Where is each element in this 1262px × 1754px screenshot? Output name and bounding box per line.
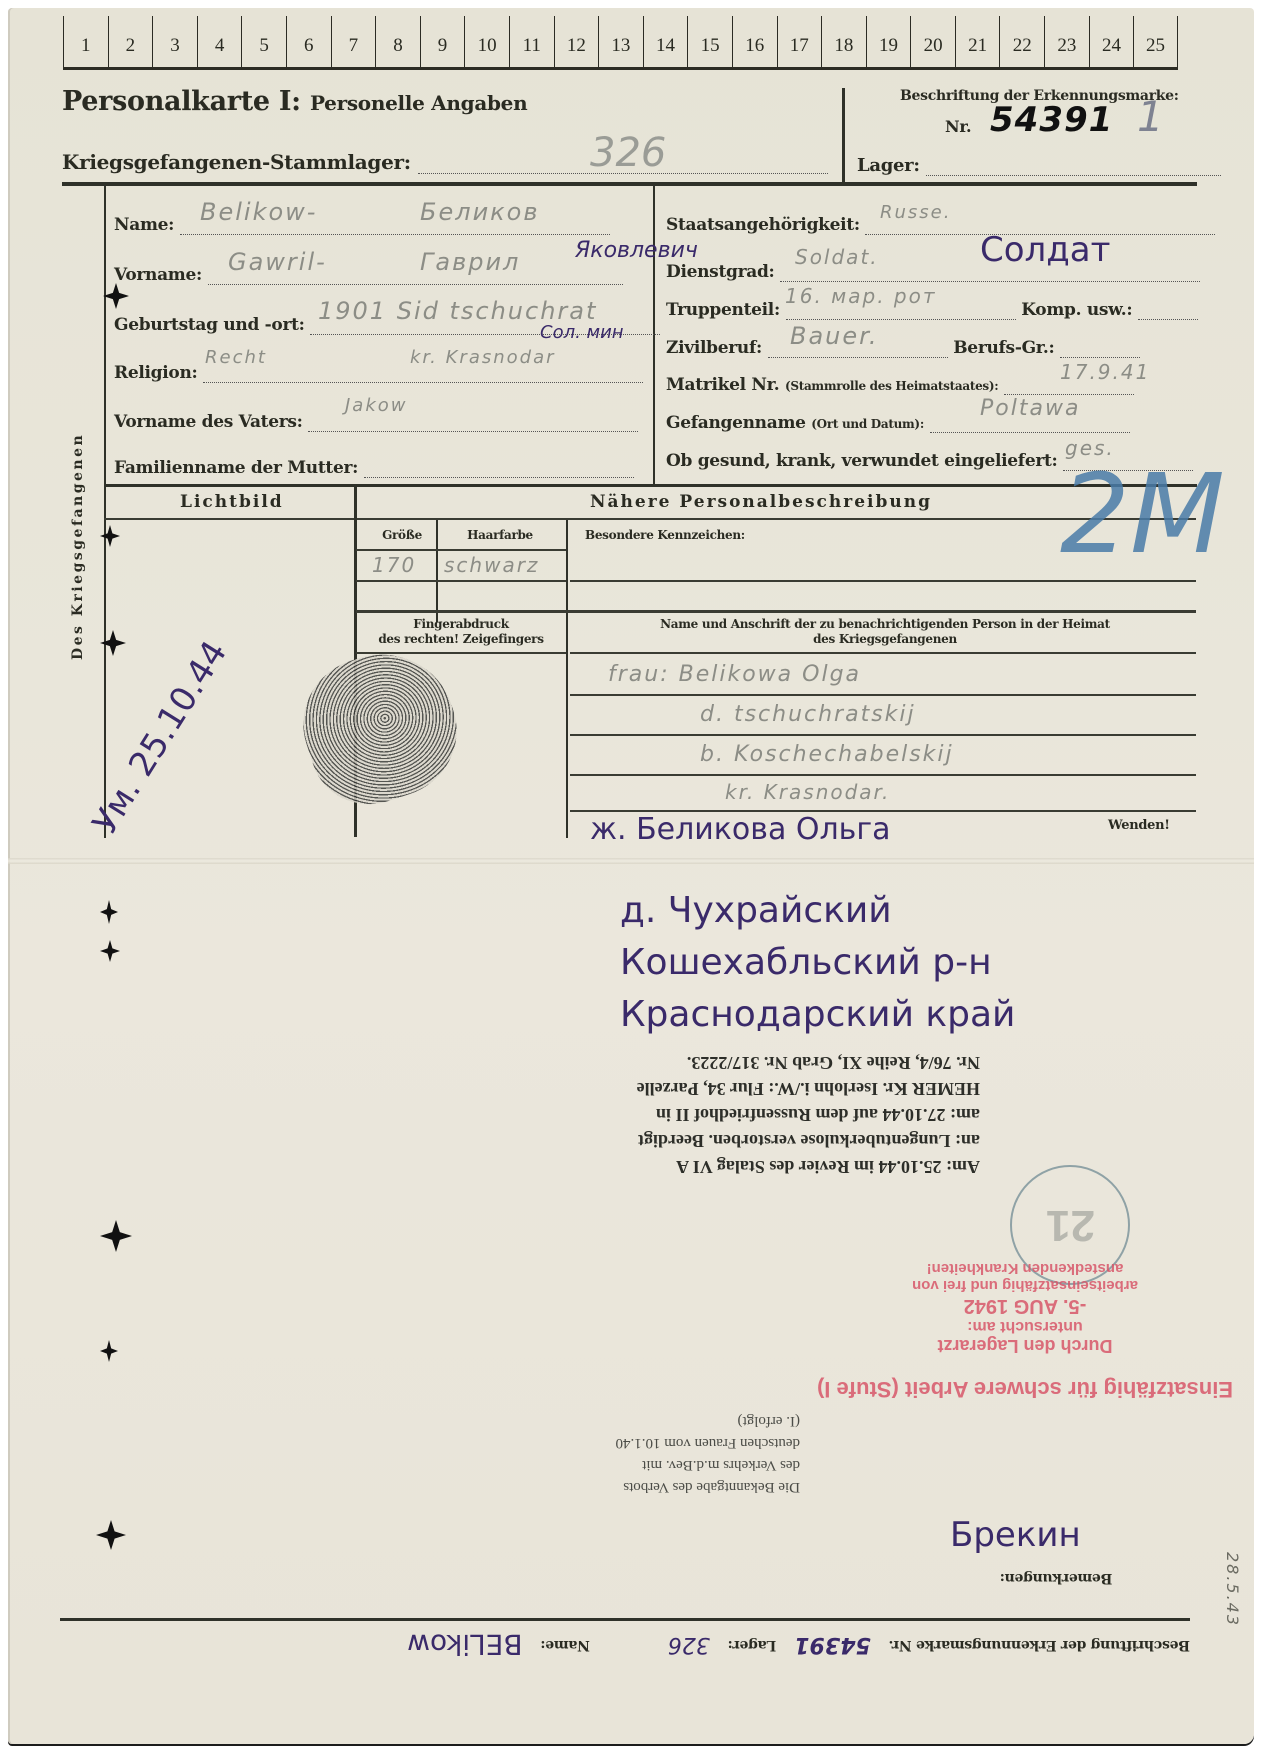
contact-line-2 (570, 734, 1196, 736)
mutter-field: Familienname der Mutter: (114, 458, 634, 478)
bemerkungen-label: Bemerkungen: (1000, 1570, 1112, 1586)
groesse-value: 170 (372, 553, 416, 577)
staat-value: Russe. (880, 202, 951, 223)
vater-value: Jakow (345, 395, 408, 416)
strip-cell: 7 (331, 16, 376, 67)
vorname-value-cyrillic: Гаврил (420, 248, 520, 276)
truppenteil-value: 16. мар. рот (785, 284, 937, 308)
dienstgrad-value: Soldat. (795, 245, 879, 269)
contact-header-rule (570, 652, 1196, 654)
strip-cell: 1 (63, 16, 108, 67)
strip-cell: 11 (509, 16, 554, 67)
name-value: Belikow- (200, 198, 317, 226)
zivilberuf-field: Zivilberuf: Berufs-Gr.: (666, 338, 1140, 358)
haarfarbe-label: Haarfarbe (440, 528, 560, 543)
zivilberuf-value: Bauer. (790, 322, 878, 350)
left-frame (104, 186, 106, 838)
strip-cell: 19 (866, 16, 911, 67)
kennzeichen-rule (570, 580, 1196, 582)
vorname-value: Gawril- (228, 248, 327, 276)
strip-cell: 17 (777, 16, 822, 67)
strip-cell: 18 (821, 16, 866, 67)
lager-label: Lager: (857, 155, 920, 176)
footer-lager-value: 326 (668, 1633, 710, 1658)
contact-value-cyrillic: ж. Беликова Ольга (590, 812, 891, 847)
strip-cell: 16 (732, 16, 777, 67)
haarfarbe-value: schwarz (444, 553, 539, 577)
geburt-value: 1901 Sid tschuchrat (318, 297, 597, 325)
death-stamp: Am: 25.10.44 im Revier des Stalag VI A a… (470, 1050, 980, 1180)
footer-row: Beschriftung der Erkennungsmarke Nr. 543… (60, 1625, 1190, 1665)
name-value-cyrillic: Беликов (420, 198, 540, 226)
lager-field: Lager: (857, 155, 1221, 176)
finger-header-top-rule (356, 610, 1196, 613)
contact-value-1: frau: Belikowa Olga (608, 662, 861, 687)
dienstgrad-field: Dienstgrad: (666, 262, 1200, 282)
signature: Брекин (950, 1515, 1081, 1555)
strip-cell: 4 (197, 16, 242, 67)
strip-cell: 21 (955, 16, 1000, 67)
footer-name-label: Name: (541, 1637, 590, 1653)
contact-line-1 (570, 694, 1196, 696)
strip-cell: 20 (910, 16, 955, 67)
strip-cell: 24 (1089, 16, 1134, 67)
description-title: Nähere Personalbeschreibung (590, 492, 932, 512)
number-strip: 1234567891011121314151617181920212223242… (63, 16, 1178, 70)
contact-value-2: d. tschuchratskij (700, 702, 916, 727)
strip-cell: 3 (152, 16, 197, 67)
stammlager-value: 326 (590, 130, 666, 176)
groesse-divider (436, 520, 438, 622)
matrikel-value: 17.9.41 (1060, 360, 1150, 384)
lager-dotline (926, 175, 1221, 176)
card-fold (8, 858, 1254, 864)
footer-marke-value: 54391 (794, 1633, 871, 1658)
contact-value-4: kr. Krasnodar. (725, 780, 890, 804)
kennzeichen-label: Besondere Kennzeichen: (585, 528, 745, 543)
nr-suffix: 1 (1137, 92, 1164, 141)
header-divider (842, 88, 845, 184)
contact-line-3 (570, 774, 1196, 776)
strip-cell: 6 (286, 16, 331, 67)
religion-value-2: kr. Krasnodar (410, 347, 556, 368)
lichtbild-label: Lichtbild (180, 492, 284, 512)
medical-stamp: Einsatzfähig für schwere Arbeit (Stufe I… (790, 1260, 1260, 1412)
religion-field: Religion: (114, 363, 643, 383)
strip-cell: 23 (1044, 16, 1089, 67)
contact-value-3: b. Koschechabelskij (700, 742, 954, 767)
lichtbild-rule (104, 518, 354, 520)
strip-cell: 9 (420, 16, 465, 67)
strip-cell: 25 (1133, 16, 1178, 67)
title-main: Personalkarte I: (62, 86, 301, 117)
contact-label: Name und Anschrift der zu benachrichtige… (580, 617, 1190, 647)
finger-header-rule (356, 652, 566, 654)
strip-cell: 15 (687, 16, 732, 67)
big-mark: 2M (1060, 450, 1225, 578)
cyrillic-address: д. Чухрайский Кошехабльский р-н Краснода… (620, 885, 1015, 1041)
strip-cell: 13 (598, 16, 643, 67)
footer-marke-label: Beschriftung der Erkennungsmarke Nr. (889, 1637, 1190, 1653)
description-top-rule (104, 484, 1197, 487)
nr-label: Nr. (945, 117, 971, 136)
nr-value: 54391 (990, 100, 1113, 140)
size-hair-row-rule (356, 580, 566, 582)
corner-date: 28.5.43 (1223, 1552, 1242, 1627)
vertical-label: Des Kriegsgefangenen (70, 433, 86, 660)
footer-name-value: BELikow (407, 1629, 523, 1662)
strip-cell: 2 (108, 16, 153, 67)
strip-cell: 5 (241, 16, 286, 67)
footer-rule (60, 1618, 1190, 1621)
strip-cell: 14 (643, 16, 688, 67)
vorname-field: Vorname: (114, 265, 623, 285)
header-rule (62, 182, 1197, 186)
card-title: Personalkarte I: Personelle Angaben (62, 86, 527, 117)
dienstgrad-value-cyrillic: Солдат (980, 230, 1110, 270)
wenden-label: Wenden! (1108, 818, 1170, 833)
finger-label: Fingerabdruckdes rechten! Zeigefingers (358, 617, 564, 647)
stammlager-field: Kriegsgefangenen-Stammlager: (62, 150, 828, 174)
size-hair-rule (356, 549, 566, 551)
middle-divider (653, 186, 655, 486)
strip-cell: 8 (375, 16, 420, 67)
title-sub: Personelle Angaben (310, 91, 527, 115)
geburt-value-cyrillic: Сол. мин (540, 322, 624, 343)
gefangennahme-value: Poltawa (980, 396, 1080, 421)
strip-cell: 12 (554, 16, 599, 67)
verbot-notice: Die Bekanntgabe des Verbots des Verkehrs… (480, 1410, 800, 1498)
kennzeichen-divider (566, 520, 568, 838)
groesse-label: Größe (372, 528, 432, 543)
strip-cell: 22 (999, 16, 1044, 67)
footer-lager-label: Lager: (728, 1637, 776, 1653)
stammlager-label: Kriegsgefangenen-Stammlager: (62, 150, 411, 174)
patronymic-value: Яковлевич (575, 238, 698, 263)
strip-cell: 10 (464, 16, 509, 67)
religion-value: Recht (205, 347, 267, 368)
